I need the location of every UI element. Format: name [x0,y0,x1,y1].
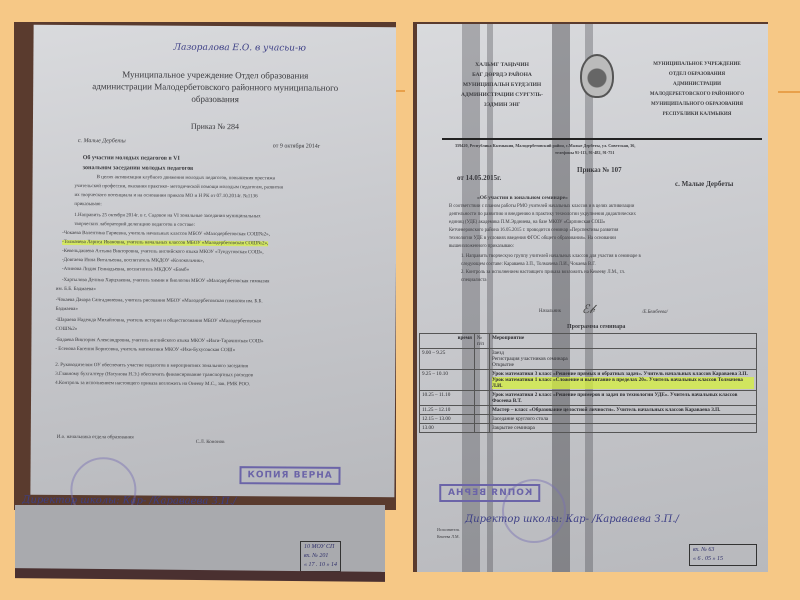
order-date: от 9 октября 2014г [273,143,321,149]
registration-line: « 17 . 10 » 14 [304,561,337,570]
preamble-line: приказываю: [74,202,101,207]
delegate-line: им. Б.Б. Бадмаева» [56,287,96,292]
item-1-line: 1.Направить 25 октября 2014г. в с. Садов… [74,213,260,219]
program-event: ЗаездРегистрация участников семинараОткр… [490,349,757,370]
copy-certified-stamp: КОПИЯ ВЕРНА [239,466,340,485]
org-name-line: администрации Малодербетовского районног… [33,81,396,94]
program-event: Заседание круглого стола [490,415,757,424]
col-time-header: время [420,334,475,349]
program-row: 13.00 Закрытие семинара [420,424,757,433]
program-event: Закрытие семинара [490,424,757,433]
header-kalmyk-line: АДМИНИСТРАЦИИ СУРГУЛЬ- [437,92,567,98]
preamble-line: технологии УДЕ в условиях введения ФГОС … [449,236,616,241]
order-subject: Об участии молодых педагогов в VI [83,155,180,162]
accent-line-right [778,91,800,93]
program-time: 12.15 – 13.00 [420,415,475,424]
copy-streak [585,24,593,572]
header-russian-line: АДМИНИСТРАЦИИ [627,82,767,87]
order-subject: «Об участии в зональном семинаре» [477,195,568,201]
delegate-line: -Кевельджиева Алтына Викторовна, учитель… [62,249,264,255]
signature-scribble: ℰ𝒷 [582,302,594,317]
signature-name: С.Л. Кононов [196,440,225,445]
delegate-line: -Чокаева Даяара Сангаджиевна, учитель ри… [56,298,263,304]
header-kalmyk-line: БАГ ДӨРВДЭ РАЙОНА [437,72,567,78]
handwritten-director-note: Директор школы: Кар- /Караваева З.П./ [465,514,679,525]
program-time: 11.25 – 12.10 [420,406,475,415]
order-item: 1. Направить творческую группу учителей … [461,254,641,259]
preamble-line: учительской профессии, оказания практико… [74,184,283,190]
registration-line: вх. № 63 [693,546,753,555]
program-row: 9.00 – 9.25 ЗаездРегистрация участников … [420,349,757,370]
republic-emblem-icon [580,54,614,98]
accent-line-left [395,90,405,92]
delegate-line: -Чокаева Валентина Гариевна, учитель нач… [62,231,270,237]
order-item: следующем составе: Караваева З.П., Толма… [461,262,596,267]
address-line: телефоны 91-113, 91-482, 91-751 [555,150,614,155]
registration-box-left: 10 МОУ СП вх. № 201 « 17 . 10 » 14 [300,541,341,572]
order-item: 2. Руководителям ОУ обеспечить участие п… [55,363,248,369]
executor-label: Исполнитель [437,527,459,532]
org-name-line: Муниципальное учреждение Отдел образован… [33,69,396,82]
order-item: 3.Главному бухгалтеру (Насунова Н.Э.) об… [55,372,253,378]
order-item: специалиста [461,278,487,283]
signature-role: И.о. начальника отдела образования [57,435,134,441]
delegate-line: -Шараева Надежда Михайловна, учитель ист… [56,318,261,324]
highlighted-event: Урок математики 1 класс «Сложение и вычи… [492,377,754,389]
program-row: 11.25 – 12.10 Мастер – класс «Образовани… [420,406,757,415]
document-photo-left: Лазоралова Е.О. в учасьи-ю Муниципальное… [14,22,396,510]
preamble-line: вышеизложенного приказываю: [449,244,514,249]
order-item: 4.Контроль за исполнением настоящего при… [55,381,250,387]
order-title: Приказ № 107 [577,166,622,174]
delegate-line-highlighted: -Толмачева Лариса Ивановна, учитель нача… [62,240,268,246]
delegate-line: -Бадаева Виктория Александровна, учитель… [55,338,263,344]
header-russian-line: ОТДЕЛ ОБРАЗОВАНИЯ [627,72,767,77]
header-kalmyk-line: МУНИЦИПАЛЬН БҮРДЭЛИН [437,82,567,88]
program-time: 10.25 – 11.10 [420,391,475,406]
program-time: 13.00 [420,424,475,433]
registration-line: 10 МОУ СП [304,543,337,552]
header-divider [442,138,762,140]
preamble-line: единиц (УДЕ) академика П.М.Эрдниева, на … [449,220,605,225]
col-num-header: № п/п [475,334,490,349]
header-russian-line: РЕСПУБЛИКИ КАЛМЫКИЯ [627,112,767,117]
item-1-line: творческих лабораторий делегацию педагог… [74,222,195,228]
registration-line: вх. № 201 [304,552,337,561]
org-name-line: образования [33,93,396,106]
program-event: Урок математики 2 класс «Решение примеро… [490,391,757,406]
preamble-line: В соответствии с планом работы РМО учите… [449,204,634,209]
delegate-line: - Есенова Евгения Борисовна, учитель мат… [55,347,235,353]
document-sheet-right: ХАЛЬМГ ТАҢҺЧИН БАГ ДӨРВДЭ РАЙОНА МУНИЦИП… [417,24,768,572]
program-row: 12.15 – 13.00 Заседание круглого стола [420,415,757,424]
program-row: 10.25 – 11.10 Урок математики 2 класс «Р… [420,391,757,406]
address-line: 359420, Республика Калмыкия, Малодербето… [455,143,635,148]
delegate-line: -Хартылова Делина Харцхаевна, учитель хи… [62,278,270,284]
registration-line: « 6 . 05 » 15 [693,555,753,564]
registration-box-right: вх. № 63 « 6 . 05 » 15 [689,544,757,566]
document-sheet-left: Лазоралова Е.О. в учасьи-ю Муниципальное… [30,25,396,498]
program-row: 9.25 – 10.10 Урок математики 3 класс «Ре… [420,370,757,391]
header-kalmyk-line: ХАЛЬМГ ТАҢҺЧИН [437,62,567,68]
header-russian-line: МАЛОДЕРБЕТОВСКОГО РАЙОННОГО [627,92,767,97]
program-header-row: время № п/п Мероприятие [420,334,757,349]
delegate-line: -Атинова Лидия Геннадьевна, воспитатель … [62,267,189,273]
header-russian-line: МУНИЦИПАЛЬНОГО ОБРАЗОВАНИЯ [627,102,767,107]
delegate-line: -Довтаева Инна Витальевна, воспитатель М… [62,258,204,264]
preamble-line: деятельности по развитию и внедрению в п… [449,212,636,217]
order-date: от 14.05.2015г. [457,174,501,182]
program-title: Программа семинара [567,324,625,330]
header-russian-line: МУНИЦИПАЛЬНОЕ УЧРЕЖДЕНИЕ [627,62,767,67]
document-photo-right: ХАЛЬМГ ТАҢҺЧИН БАГ ДӨРВДЭ РАЙОНА МУНИЦИП… [413,22,768,572]
col-event-header: Мероприятие [490,334,757,349]
program-time: 9.00 – 9.25 [420,349,475,370]
header-kalmyk-line: ЗЭДМИН ЭНГ [437,102,567,108]
copy-certified-stamp-mirrored: КОПИЯ ВЕРНА [439,484,540,502]
delegate-line: СОШ№2» [56,327,78,332]
preamble-line: Кетченеровского района 16.05.2015 г. про… [449,228,618,233]
order-subject: зональном заседании молодых педагогов [83,165,194,172]
order-title: Приказ № 284 [33,121,396,133]
preamble-line: В целях активизации клубного движения мо… [97,175,275,181]
order-place: с. Малые Дербеты [675,180,733,188]
order-item: 2. Контроль за исполнением настоящего пр… [461,270,625,275]
delegate-line: Бадмаева» [56,307,78,312]
executor-name: Кекеева Л.М. [437,534,460,539]
preamble-line: их творческого потенциала и на основании… [74,193,257,199]
handwritten-note-top: Лазоралова Е.О. в учасьи-ю [173,43,306,54]
signature-role: Начальник [539,309,561,314]
signature-name: /Е.Бембеева/ [642,310,668,315]
program-event: Мастер – класс «Образование целостной ли… [490,406,757,415]
program-time: 9.25 – 10.10 [420,370,475,391]
program-table: время № п/п Мероприятие 9.00 – 9.25 Заез… [419,333,757,433]
program-event: Урок математики 3 класс «Решение прямых … [490,370,757,391]
order-place: с. Малые Дербеты [78,138,126,144]
